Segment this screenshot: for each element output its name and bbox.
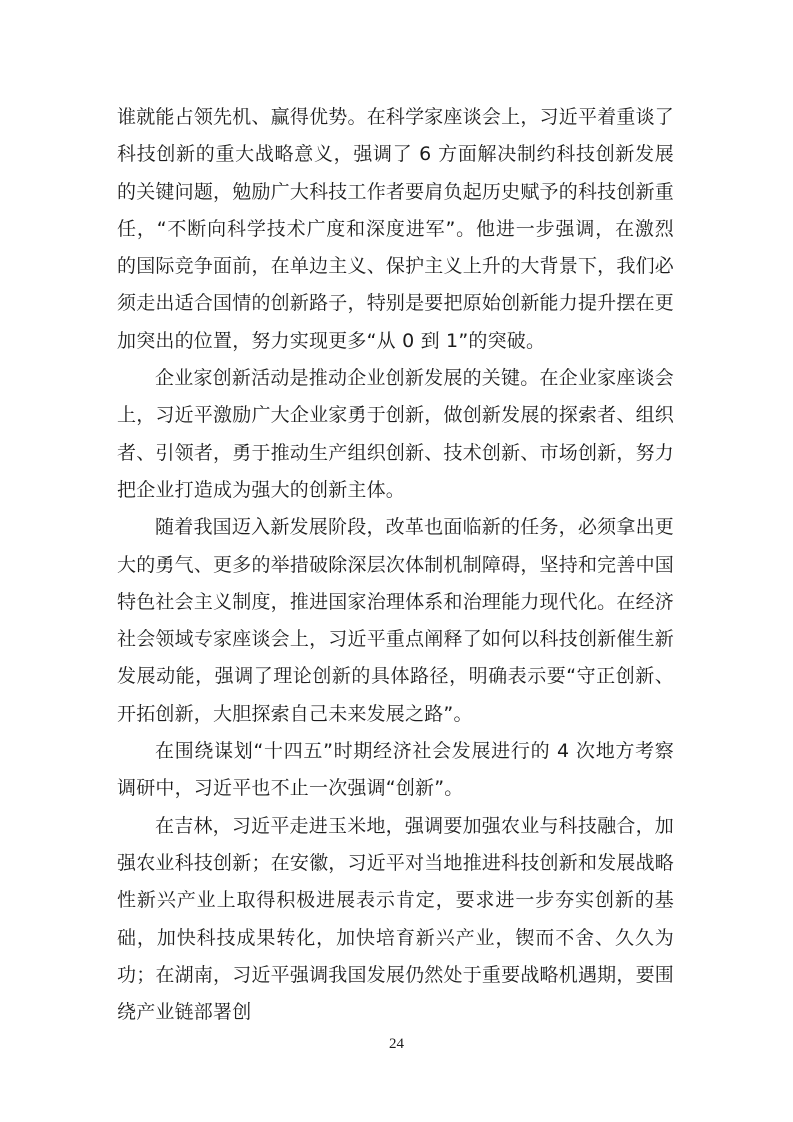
page-number: 24 [0, 1036, 793, 1053]
body-paragraph: 企业家创新活动是推动企业创新发展的关键。在企业家座谈会上，习近平激励广大企业家勇… [117, 360, 674, 509]
body-paragraph: 谁就能占领先机、赢得优势。在科学家座谈会上，习近平着重谈了科技创新的重大战略意义… [117, 99, 674, 360]
body-paragraph: 在围绕谋划“十四五”时期经济社会发展进行的 4 次地方考察调研中，习近平也不止一… [117, 733, 674, 808]
document-page: 谁就能占领先机、赢得优势。在科学家座谈会上，习近平着重谈了科技创新的重大战略意义… [0, 0, 793, 1122]
body-paragraph: 在吉林，习近平走进玉米地，强调要加强农业与科技融合，加强农业科技创新；在安徽，习… [117, 808, 674, 1032]
body-paragraph: 随着我国迈入新发展阶段，改革也面临新的任务，必须拿出更大的勇气、更多的举措破除深… [117, 509, 674, 733]
text-block: 谁就能占领先机、赢得优势。在科学家座谈会上，习近平着重谈了科技创新的重大战略意义… [117, 99, 674, 1031]
